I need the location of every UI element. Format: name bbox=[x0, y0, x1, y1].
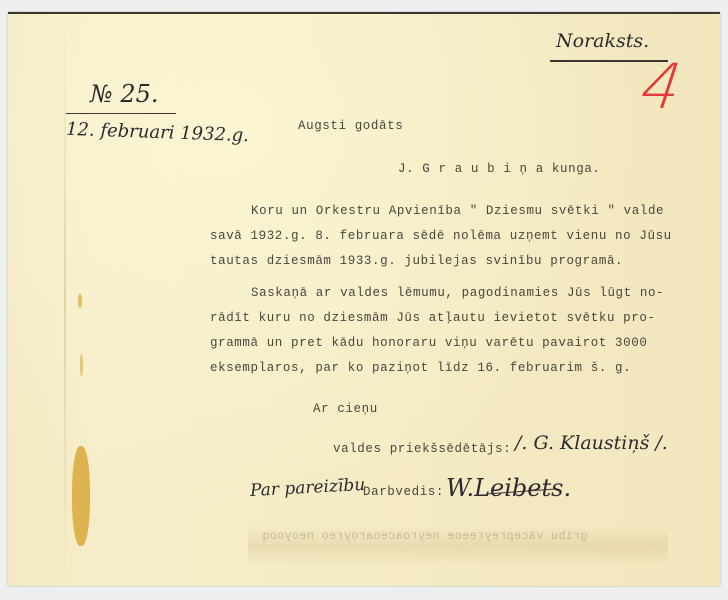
salutation: Augsti godāts bbox=[298, 119, 403, 133]
body-line-3: tautas dziesmām 1933.g. jubilejas svinīb… bbox=[210, 254, 623, 268]
bleed-through-text: gribu vācepreyreeoe neyroaceoaroyreo neo… bbox=[262, 530, 588, 543]
stain-large bbox=[72, 446, 90, 546]
reference-number: № 25. bbox=[90, 80, 159, 108]
closing: Ar cieņu bbox=[313, 402, 378, 416]
corner-mark: Noraksts. bbox=[556, 30, 649, 52]
stain-small-1 bbox=[78, 294, 82, 308]
chairman-signature: /. G. Klaustiņš /. bbox=[515, 432, 668, 454]
chairman-label: valdes priekšsēdētājs: bbox=[333, 442, 511, 456]
reference-underline bbox=[66, 113, 176, 114]
body-line-2: savā 1932.g. 8. februara sēdē nolēma uzņ… bbox=[210, 229, 672, 243]
body-line-5: rādīt kuru no dziesmām Jūs atļautu ievie… bbox=[210, 311, 656, 325]
secretary-label: Darbvedis: bbox=[363, 485, 444, 499]
stain-small-2 bbox=[80, 354, 83, 376]
body-line-4: Saskaņā ar valdes lēmumu, pagodinamies J… bbox=[251, 286, 664, 300]
addressee: J. G r a u b i ņ a kunga. bbox=[398, 162, 601, 176]
body-line-7: eksemplaros, par ko paziņot līdz 16. feb… bbox=[210, 361, 631, 375]
body-line-6: grammā un pret kādu honoraru viņu varētu… bbox=[210, 336, 647, 350]
body-line-1: Koru un Orkestru Apvienība " Dziesmu svē… bbox=[251, 204, 664, 218]
paper-fold bbox=[64, 14, 66, 586]
